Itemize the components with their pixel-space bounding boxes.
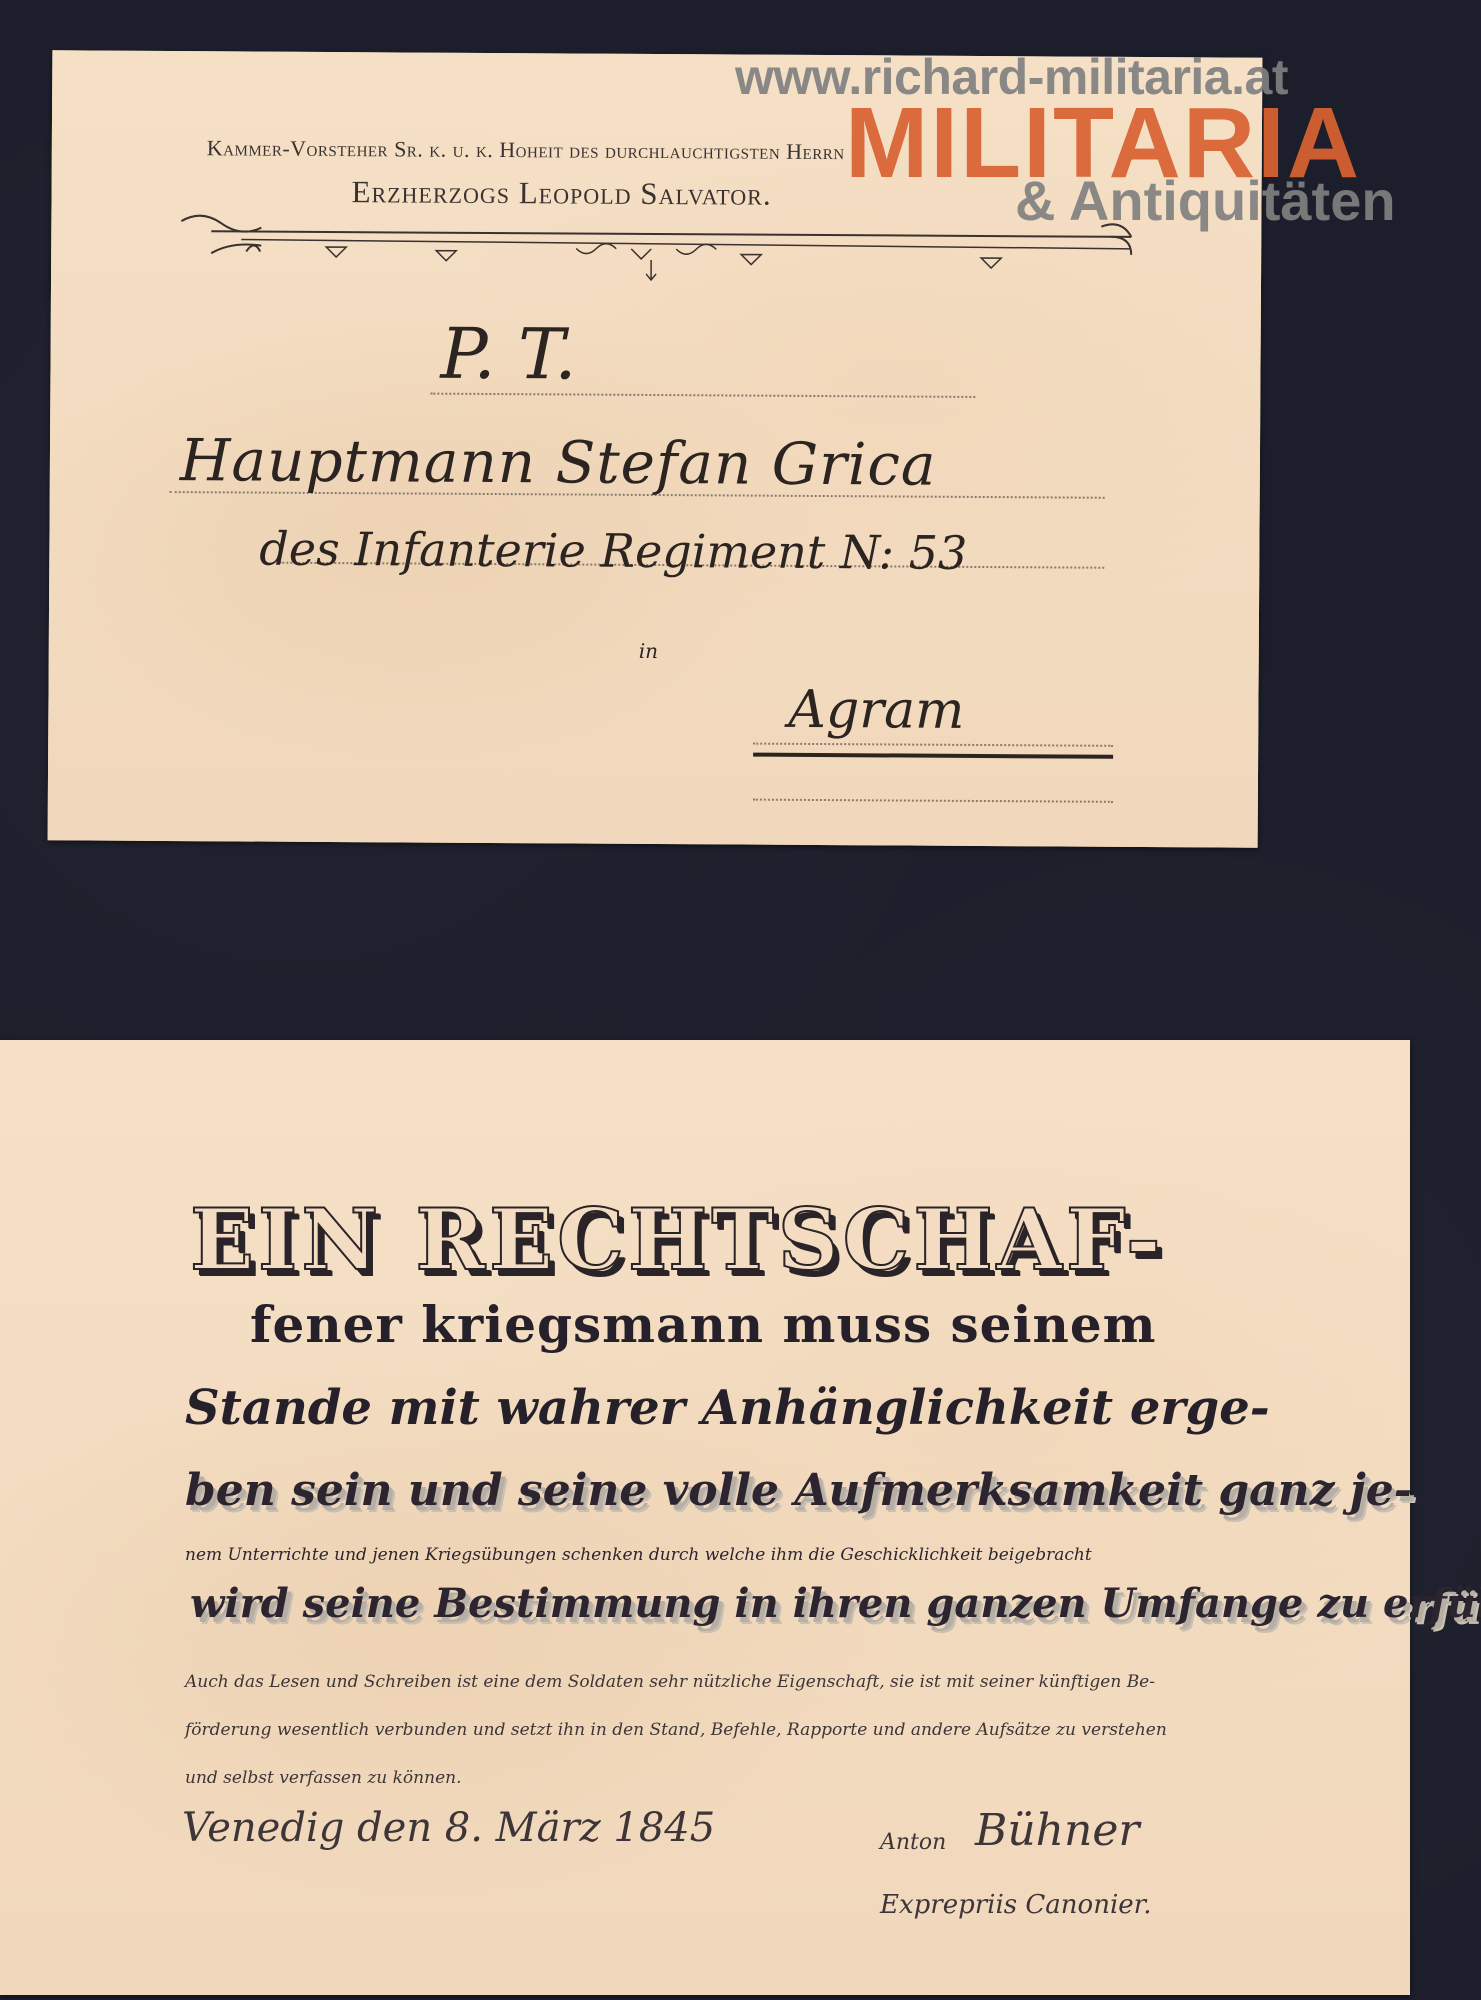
city-underline xyxy=(753,753,1113,759)
address-dotted-line-5 xyxy=(753,799,1113,803)
preposition-in: in xyxy=(639,639,658,663)
paragraph-line-1: Auch das Lesen und Schreiben ist eine de… xyxy=(185,1672,1155,1692)
certificate-line-5: wird seine Bestimmung in ihren ganzen Um… xyxy=(190,1580,1481,1627)
paragraph-line-2: förderung wesentlich verbunden und setzt… xyxy=(185,1720,1167,1740)
signature-prefix: Anton xyxy=(880,1830,946,1855)
salutation: P. T. xyxy=(440,313,577,396)
recipient-unit: des Infanterie Regiment N: 53 xyxy=(259,522,967,580)
recipient-city: Agram xyxy=(788,680,964,741)
paragraph-line-3: und selbst verfassen zu können. xyxy=(185,1768,461,1788)
date-place: Venedig den 8. März 1845 xyxy=(182,1805,715,1851)
certificate-line-2: Stande mit wahrer Anhänglichkeit erge- xyxy=(185,1380,1270,1436)
recipient-name: Hauptmann Stefan Grica xyxy=(180,426,937,499)
signature-name: Bühner xyxy=(975,1805,1139,1856)
certificate-headline: EIN RECHTSCHAF- xyxy=(190,1190,1290,1289)
certificate: EIN RECHTSCHAF- fener kriegsmann muss se… xyxy=(0,1040,1410,1995)
certificate-line-3: ben sein und seine volle Aufmerksamkeit … xyxy=(185,1465,1412,1516)
ornamental-rule-icon xyxy=(171,201,1151,287)
signature-title: Exprepriis Canonier. xyxy=(880,1890,1152,1920)
certificate-line-1: fener kriegsmann muss seinem xyxy=(250,1295,1157,1354)
address-dotted-line-4 xyxy=(753,743,1113,747)
certificate-line-4: nem Unterrichte und jenen Kriegsübungen … xyxy=(185,1545,1092,1565)
watermark-subtitle: & Antiquitäten xyxy=(1015,168,1396,233)
